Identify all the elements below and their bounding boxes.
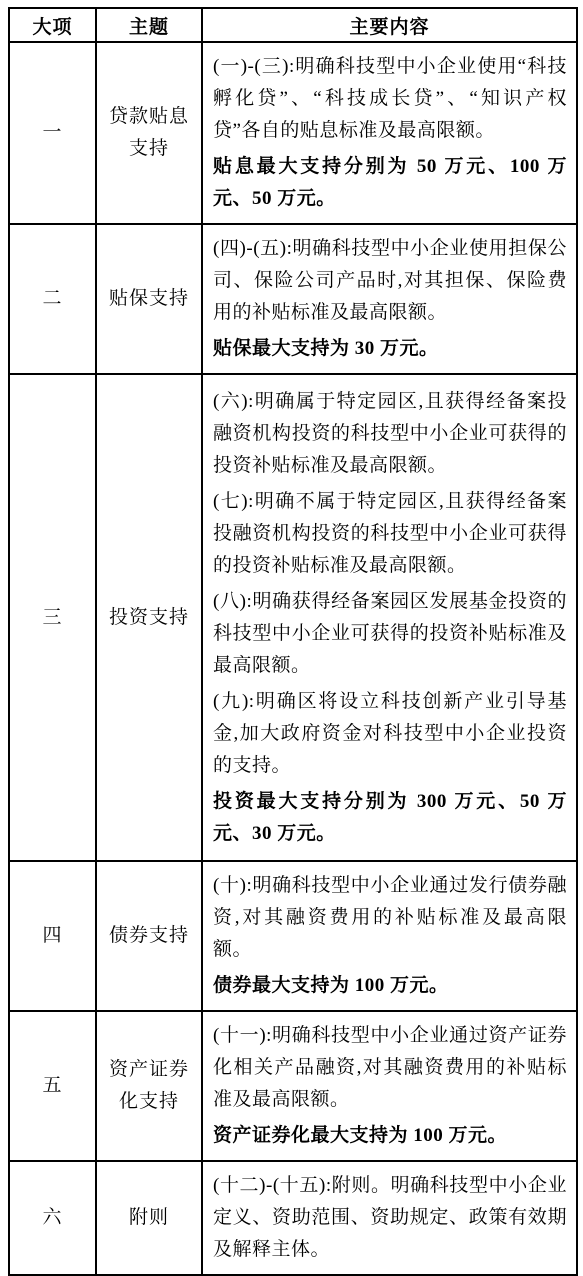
summary-paragraph: 贴保最大支持为 30 万元。 (213, 333, 567, 365)
table-row: 五 资产证券化支持 (十一):明确科技型中小企业通过资产证券化相关产品融资,对其… (9, 1011, 577, 1161)
content-paragraph: (十):明确科技型中小企业通过发行债券融资,对其融资费用的补贴标准及最高限额。 (213, 870, 567, 966)
content-cell: (一)-(三):明确科技型中小企业使用“科技孵化贷”、“科技成长贷”、“知识产权… (202, 42, 577, 224)
header-item: 大项 (9, 8, 96, 42)
content-paragraph: (七):明确不属于特定园区,且获得经备案投融资机构投资的科技型中小企业可获得的投… (213, 486, 567, 582)
theme-cell: 资产证券化支持 (96, 1011, 202, 1161)
table-row: 三 投资支持 (六):明确属于特定园区,且获得经备案投融资机构投资的科技型中小企… (9, 374, 577, 861)
content-cell: (十二)-(十五):附则。明确科技型中小企业定义、资助范围、资助规定、政策有效期… (202, 1161, 577, 1275)
summary-paragraph: 资产证券化最大支持为 100 万元。 (213, 1120, 567, 1152)
content-paragraph: (十二)-(十五):附则。明确科技型中小企业定义、资助范围、资助规定、政策有效期… (213, 1170, 567, 1266)
item-cell: 五 (9, 1011, 96, 1161)
content-cell: (十):明确科技型中小企业通过发行债券融资,对其融资费用的补贴标准及最高限额。 … (202, 861, 577, 1011)
summary-paragraph: 贴息最大支持分别为 50 万元、100 万元、50 万元。 (213, 151, 567, 215)
table-row: 二 贴保支持 (四)-(五):明确科技型中小企业使用担保公司、保险公司产品时,对… (9, 224, 577, 374)
theme-cell: 贴保支持 (96, 224, 202, 374)
theme-cell: 债券支持 (96, 861, 202, 1011)
table-row: 一 贷款贴息支持 (一)-(三):明确科技型中小企业使用“科技孵化贷”、“科技成… (9, 42, 577, 224)
summary-paragraph: 债券最大支持为 100 万元。 (213, 970, 567, 1002)
item-cell: 二 (9, 224, 96, 374)
content-paragraph: (六):明确属于特定园区,且获得经备案投融资机构投资的科技型中小企业可获得的投资… (213, 386, 567, 482)
table-row: 四 债券支持 (十):明确科技型中小企业通过发行债券融资,对其融资费用的补贴标准… (9, 861, 577, 1011)
content-paragraph: (九):明确区将设立科技创新产业引导基金,加大政府资金对科技型中小企业投资的支持… (213, 686, 567, 782)
policy-summary-table: 大项 主题 主要内容 一 贷款贴息支持 (一)-(三):明确科技型中小企业使用“… (8, 7, 578, 1276)
item-cell: 一 (9, 42, 96, 224)
header-content: 主要内容 (202, 8, 577, 42)
header-theme: 主题 (96, 8, 202, 42)
table-row: 六 附则 (十二)-(十五):附则。明确科技型中小企业定义、资助范围、资助规定、… (9, 1161, 577, 1275)
header-row: 大项 主题 主要内容 (9, 8, 577, 42)
content-paragraph: (十一):明确科技型中小企业通过资产证券化相关产品融资,对其融资费用的补贴标准及… (213, 1020, 567, 1116)
content-paragraph: (四)-(五):明确科技型中小企业使用担保公司、保险公司产品时,对其担保、保险费… (213, 233, 567, 329)
content-cell: (六):明确属于特定园区,且获得经备案投融资机构投资的科技型中小企业可获得的投资… (202, 374, 577, 861)
content-cell: (十一):明确科技型中小企业通过资产证券化相关产品融资,对其融资费用的补贴标准及… (202, 1011, 577, 1161)
content-cell: (四)-(五):明确科技型中小企业使用担保公司、保险公司产品时,对其担保、保险费… (202, 224, 577, 374)
item-cell: 六 (9, 1161, 96, 1275)
theme-cell: 投资支持 (96, 374, 202, 861)
theme-cell: 附则 (96, 1161, 202, 1275)
theme-cell: 贷款贴息支持 (96, 42, 202, 224)
summary-paragraph: 投资最大支持分别为 300 万元、50 万元、30 万元。 (213, 786, 567, 850)
content-paragraph: (一)-(三):明确科技型中小企业使用“科技孵化贷”、“科技成长贷”、“知识产权… (213, 51, 567, 147)
item-cell: 四 (9, 861, 96, 1011)
item-cell: 三 (9, 374, 96, 861)
content-paragraph: (八):明确获得经备案园区发展基金投资的科技型中小企业可获得的投资补贴标准及最高… (213, 586, 567, 682)
